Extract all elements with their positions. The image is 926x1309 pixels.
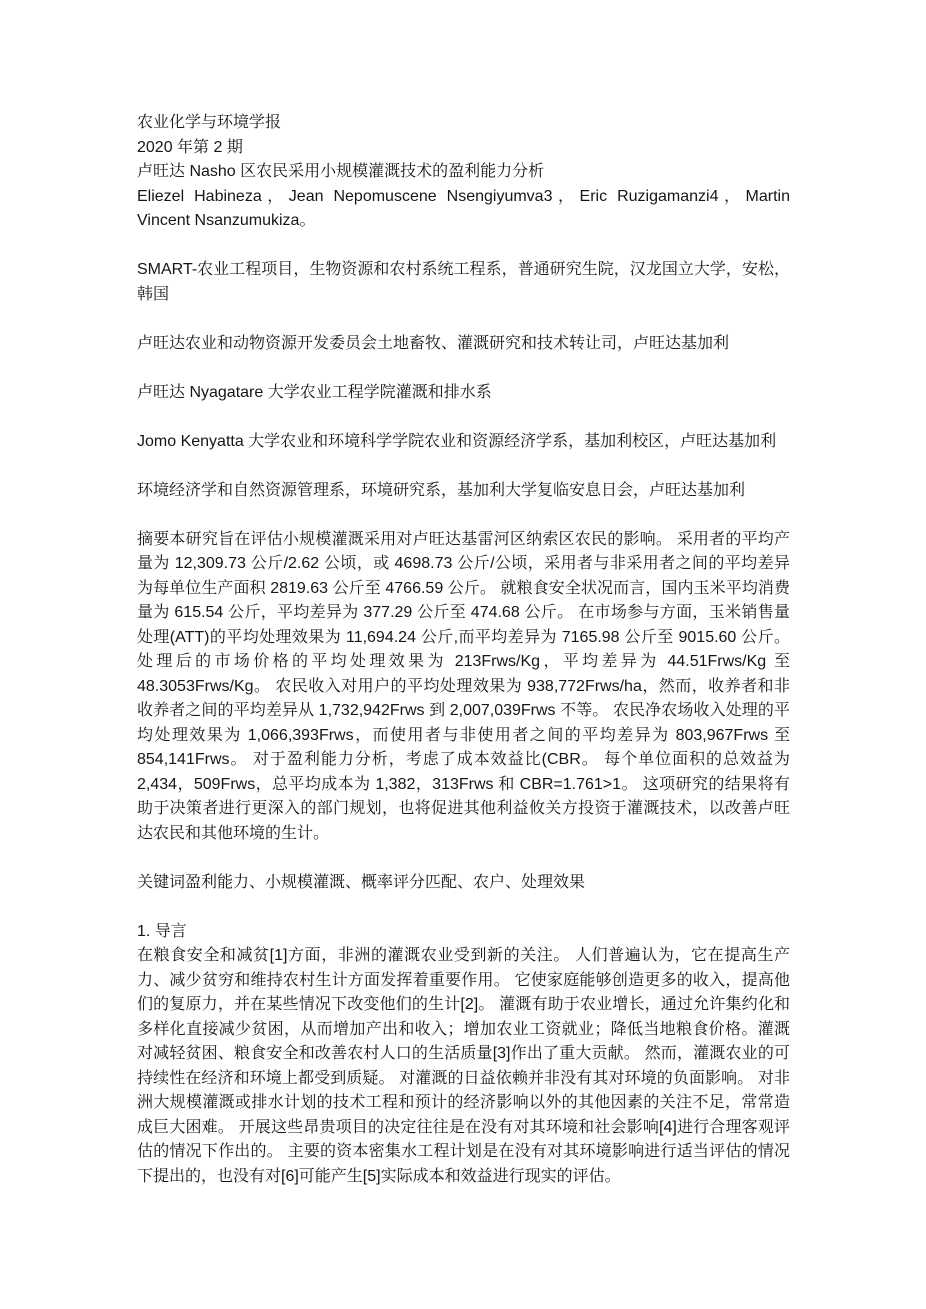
affiliation-rwanda-agriculture-board: 卢旺达农业和动物资源开发委员会土地畜牧、灌溉研究和技术转让司，卢旺达基加利 — [137, 332, 790, 357]
affiliation-smart-project: SMART-农业工程项目，生物资源和农村系统工程系，普通研究生院，汉龙国立大学，… — [137, 258, 790, 307]
issue-line: 2020 年第 2 期 — [137, 136, 790, 161]
affiliation-environmental-economics: 环境经济学和自然资源管理系，环境研究系，基加利大学复临安息日会，卢旺达基加利 — [137, 479, 790, 504]
affiliation-nyagatare-university: 卢旺达 Nyagatare 大学农业工程学院灌溉和排水系 — [137, 381, 790, 406]
section-1-body: 在粮食安全和减贫[1]方面，非洲的灌溉农业受到新的关注。 人们普遍认为，它在提高… — [137, 944, 790, 1189]
abstract-paragraph: 摘要本研究旨在评估小规模灌溉采用对卢旺达基雷河区纳索区农民的影响。 采用者的平均… — [137, 528, 790, 847]
keywords-line: 关键词盈利能力、小规模灌溉、概率评分匹配、农户、处理效果 — [137, 871, 790, 896]
affiliation-jomo-kenyatta-university: Jomo Kenyatta 大学农业和环境科学学院农业和资源经济学系，基加利校区… — [137, 430, 790, 455]
section-1-heading: 1. 导言 — [137, 920, 790, 945]
document-page: 农业化学与环境学报 2020 年第 2 期 卢旺达 Nasho 区农民采用小规模… — [0, 0, 926, 1309]
article-title: 卢旺达 Nasho 区农民采用小规模灌溉技术的盈利能力分析 — [137, 160, 790, 185]
authors-line: Eliezel Habineza，Jean Nepomuscene Nsengi… — [137, 185, 790, 234]
journal-title: 农业化学与环境学报 — [137, 111, 790, 136]
